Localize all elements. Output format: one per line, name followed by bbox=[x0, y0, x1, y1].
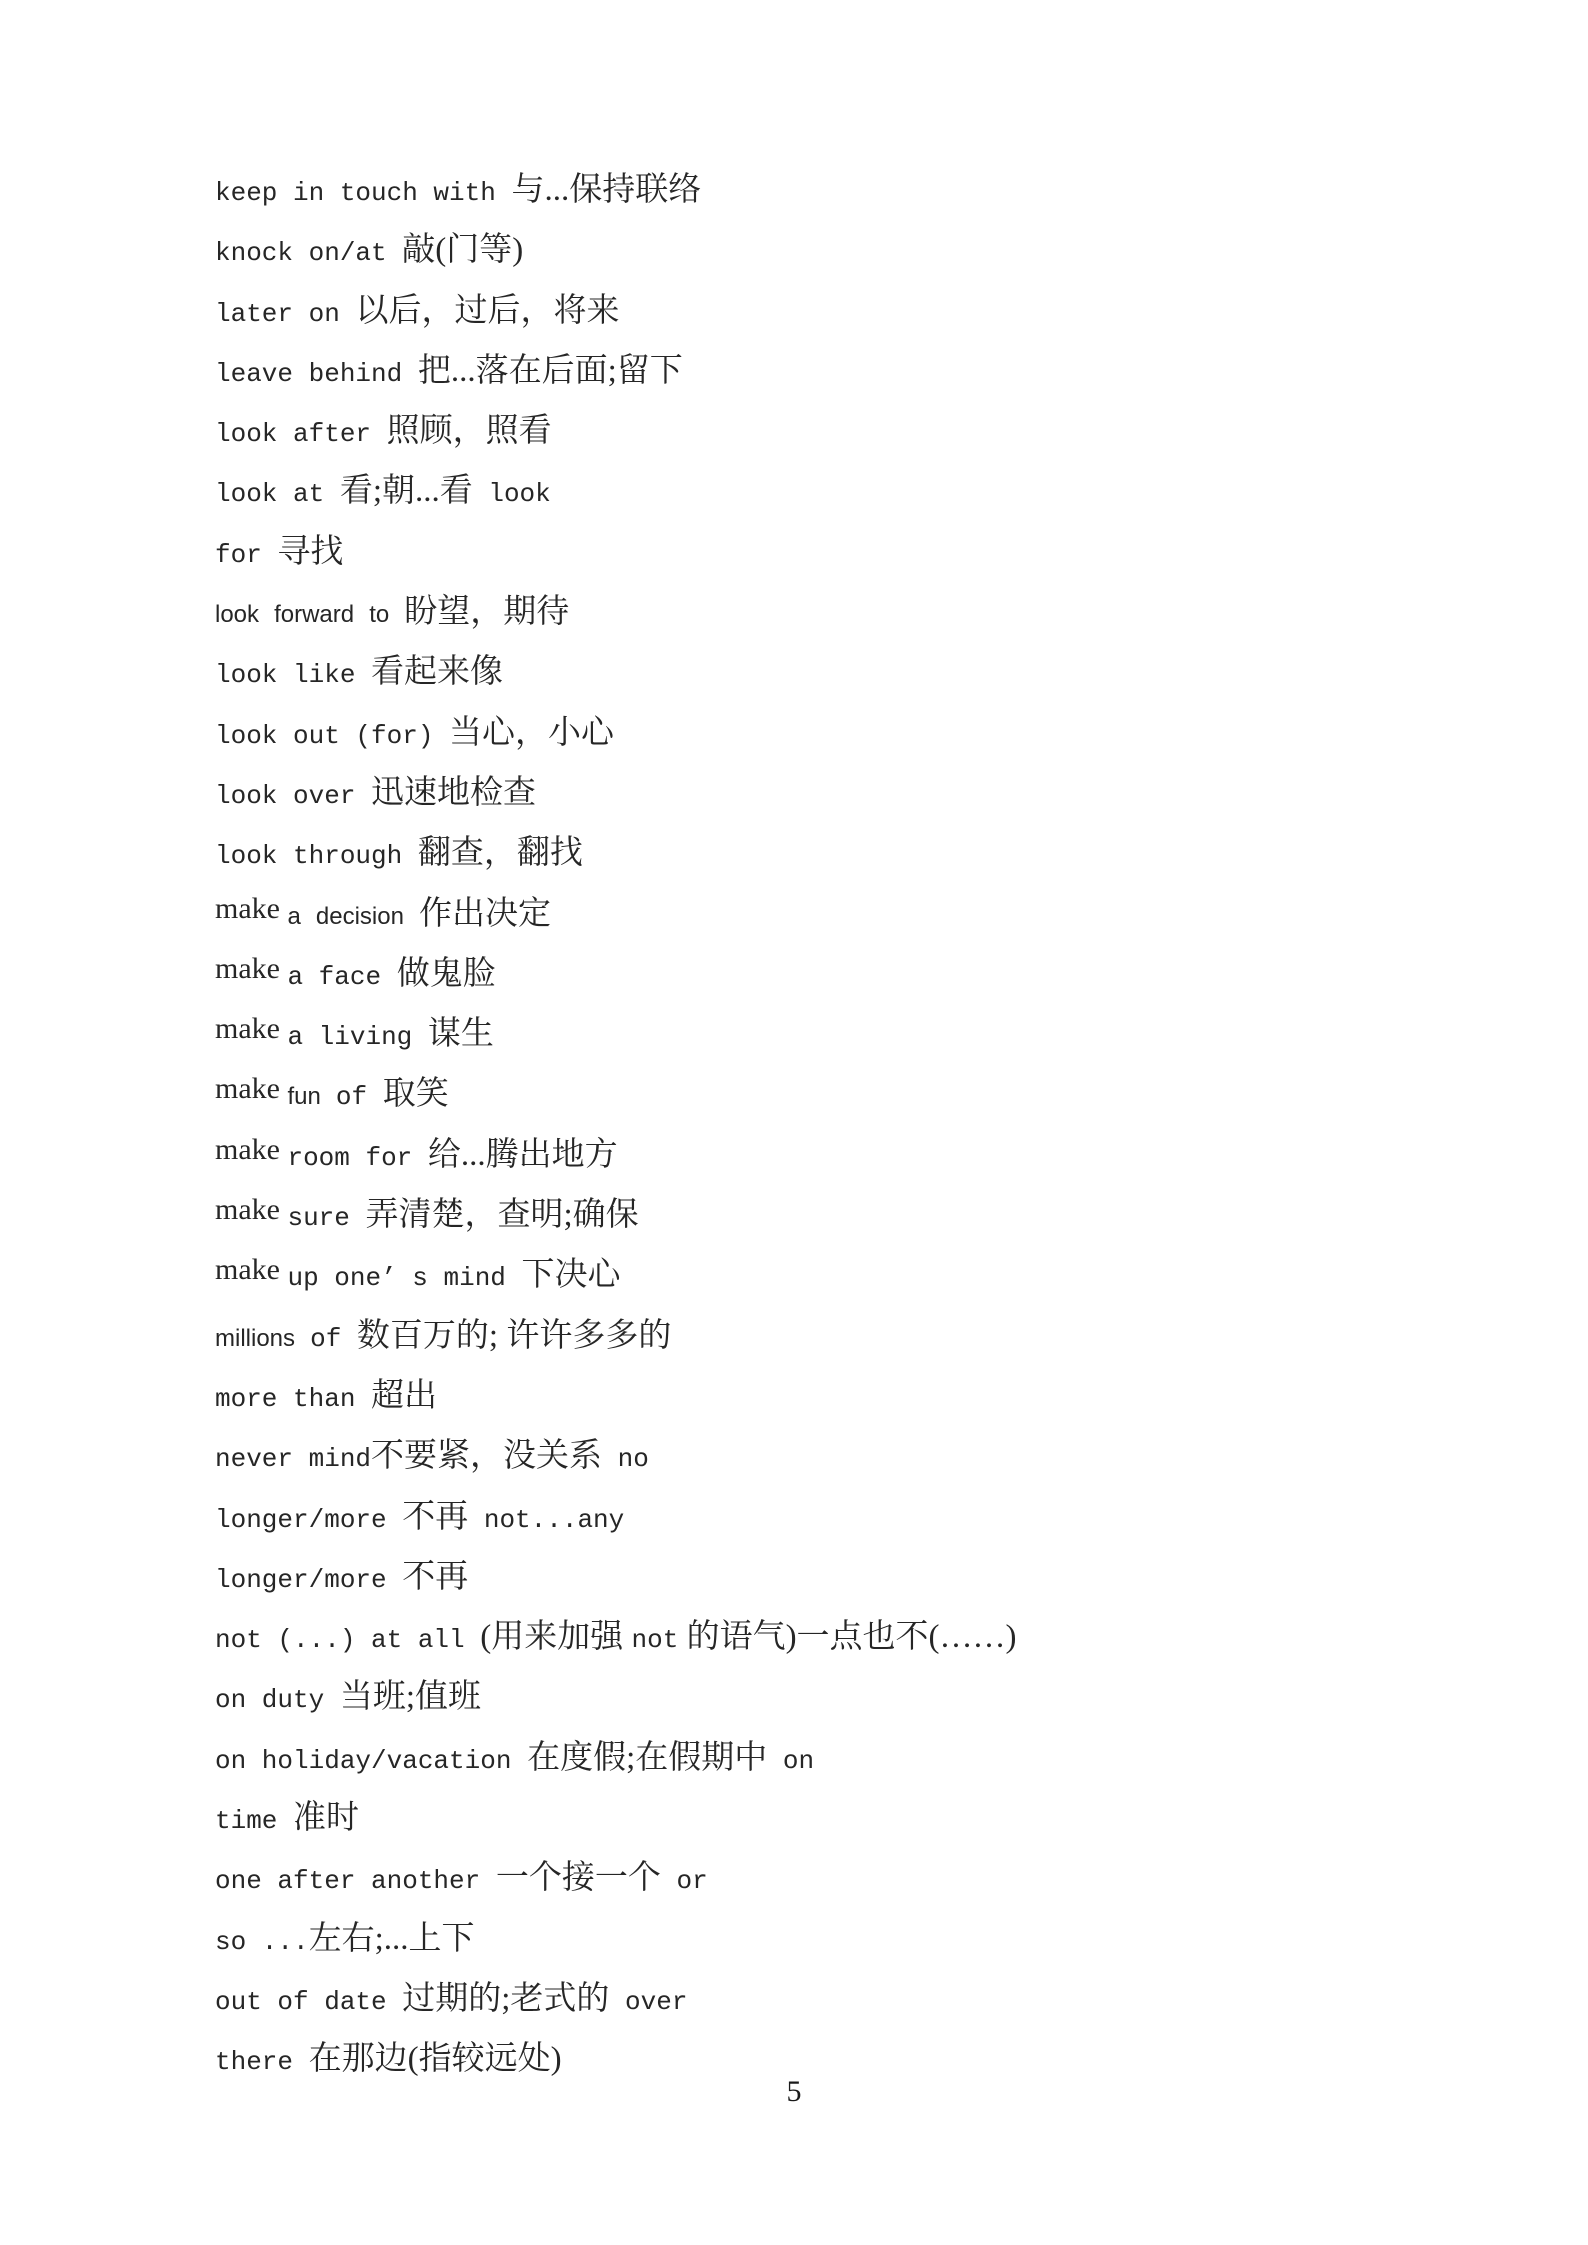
text-segment: look after bbox=[215, 419, 387, 449]
text-segment: 弄清楚，查明;确保 bbox=[365, 1197, 638, 1233]
text-line: make room for 给...腾出地方 bbox=[215, 1125, 1017, 1185]
text-line: look at 看;朝...看 look bbox=[215, 461, 1017, 521]
text-line: time 准时 bbox=[215, 1788, 1017, 1848]
page-number: 5 bbox=[0, 2072, 1588, 2112]
text-segment: not (...) at all bbox=[215, 1625, 480, 1655]
text-segment: make bbox=[215, 1012, 287, 1045]
text-segment: 下决心 bbox=[522, 1257, 621, 1293]
text-segment: not...any bbox=[468, 1505, 624, 1535]
text-segment: 数百万的; 许许多多的 bbox=[357, 1318, 671, 1354]
text-segment: 给...腾出地方 bbox=[428, 1137, 618, 1173]
text-segment: 做鬼脸 bbox=[397, 956, 496, 992]
text-line: make a living 谋生 bbox=[215, 1004, 1017, 1064]
text-segment: make bbox=[215, 1193, 287, 1226]
text-line: look after 照顾，照看 bbox=[215, 401, 1017, 461]
document-page: { "document": { "background": "#ffffff",… bbox=[0, 0, 1588, 2245]
text-segment: 寻找 bbox=[277, 534, 343, 570]
text-segment: more than bbox=[215, 1384, 371, 1414]
text-segment: look forward to bbox=[215, 601, 404, 628]
text-segment: on bbox=[767, 1746, 814, 1776]
text-segment: make bbox=[215, 1072, 287, 1105]
text-segment: make bbox=[215, 952, 287, 985]
text-segment: look like bbox=[215, 660, 371, 690]
text-segment: 与...保持联络 bbox=[511, 172, 701, 208]
text-segment: or bbox=[661, 1866, 708, 1896]
text-segment: on duty bbox=[215, 1685, 340, 1715]
text-line: make a face 做鬼脸 bbox=[215, 944, 1017, 1004]
text-segment: up one’ s mind bbox=[287, 1263, 521, 1293]
text-segment: a face bbox=[287, 962, 396, 992]
text-segment: knock on/at bbox=[215, 238, 402, 268]
text-segment: one after another bbox=[215, 1866, 496, 1896]
text-segment: look through bbox=[215, 841, 418, 871]
text-segment: longer/more bbox=[215, 1505, 402, 1535]
text-segment: room for bbox=[287, 1143, 427, 1173]
text-segment: 谋生 bbox=[428, 1016, 494, 1052]
text-segment: time bbox=[215, 1806, 293, 1836]
text-segment: fun bbox=[287, 1083, 335, 1110]
text-segment: 作出决定 bbox=[419, 896, 551, 932]
text-line: leave behind 把...落在后面;留下 bbox=[215, 341, 1017, 401]
text-line: out of date 过期的;老式的 over bbox=[215, 1969, 1017, 2029]
text-segment: 一个接一个 bbox=[496, 1860, 661, 1896]
text-segment: 看起来像 bbox=[371, 654, 503, 690]
text-line: on holiday/vacation 在度假;在假期中 on bbox=[215, 1728, 1017, 1788]
text-segment: never mind bbox=[215, 1444, 371, 1474]
text-segment: 把...落在后面;留下 bbox=[418, 353, 683, 389]
text-line: look over 迅速地检查 bbox=[215, 763, 1017, 823]
text-segment: of bbox=[310, 1324, 357, 1354]
text-segment: 左右;...上下 bbox=[309, 1921, 475, 1957]
text-line: millions of 数百万的; 许许多多的 bbox=[215, 1306, 1017, 1366]
text-segment: a living bbox=[287, 1022, 427, 1052]
text-segment: 盼望，期待 bbox=[404, 594, 569, 630]
text-segment: not bbox=[632, 1625, 679, 1655]
text-line: longer/more 不再 bbox=[215, 1547, 1017, 1607]
text-segment: 不要紧，没关系 bbox=[371, 1438, 602, 1474]
text-segment: 过期的;老式的 bbox=[402, 1981, 609, 2017]
text-line: for 寻找 bbox=[215, 522, 1017, 582]
text-segment: look at bbox=[215, 479, 340, 509]
text-line: look through 翻查，翻找 bbox=[215, 823, 1017, 883]
text-line: never mind不要紧，没关系 no bbox=[215, 1426, 1017, 1486]
text-block: keep in touch with 与...保持联络knock on/at 敲… bbox=[215, 160, 1017, 2090]
text-segment: 超出 bbox=[371, 1378, 437, 1414]
text-segment: sure bbox=[287, 1203, 365, 1233]
text-segment: make bbox=[215, 1133, 287, 1166]
text-line: so ...左右;...上下 bbox=[215, 1909, 1017, 1969]
text-segment: 的语气)一点也不(……) bbox=[678, 1619, 1016, 1655]
text-segment: 不再 bbox=[402, 1559, 468, 1595]
text-segment: so ... bbox=[215, 1927, 309, 1957]
text-line: later on 以后，过后，将来 bbox=[215, 281, 1017, 341]
text-segment: millions bbox=[215, 1325, 310, 1352]
text-segment: out of date bbox=[215, 1987, 402, 2017]
text-segment: look out (for) bbox=[215, 721, 449, 751]
text-segment: 迅速地检查 bbox=[371, 775, 536, 811]
text-line: look like 看起来像 bbox=[215, 642, 1017, 702]
text-segment: on holiday/vacation bbox=[215, 1746, 527, 1776]
text-line: keep in touch with 与...保持联络 bbox=[215, 160, 1017, 220]
text-segment: look bbox=[473, 479, 551, 509]
text-segment: over bbox=[609, 1987, 687, 2017]
text-segment: look over bbox=[215, 781, 371, 811]
text-segment: 当心，小心 bbox=[449, 715, 614, 751]
text-segment: 当班;值班 bbox=[340, 1679, 481, 1715]
text-segment: 不再 bbox=[402, 1499, 468, 1535]
text-line: more than 超出 bbox=[215, 1366, 1017, 1426]
text-segment: 取笑 bbox=[383, 1076, 449, 1112]
text-segment: 照顾，照看 bbox=[387, 413, 552, 449]
text-segment: leave behind bbox=[215, 359, 418, 389]
text-segment: 在度假;在假期中 bbox=[527, 1740, 767, 1776]
text-line: on duty 当班;值班 bbox=[215, 1667, 1017, 1727]
text-segment: 看;朝...看 bbox=[340, 473, 473, 509]
text-line: not (...) at all (用来加强 not 的语气)一点也不(……) bbox=[215, 1607, 1017, 1667]
text-segment: of bbox=[336, 1082, 383, 1112]
text-segment: 以后，过后，将来 bbox=[355, 293, 619, 329]
page: keep in touch with 与...保持联络knock on/at 敲… bbox=[0, 0, 1588, 2245]
text-line: longer/more 不再 not...any bbox=[215, 1487, 1017, 1547]
text-segment: 准时 bbox=[293, 1800, 359, 1836]
text-segment: a decision bbox=[287, 903, 419, 930]
text-segment: make bbox=[215, 1253, 287, 1286]
text-line: one after another 一个接一个 or bbox=[215, 1848, 1017, 1908]
text-segment: longer/more bbox=[215, 1565, 402, 1595]
text-line: make up one’ s mind 下决心 bbox=[215, 1245, 1017, 1305]
text-segment: make bbox=[215, 892, 287, 925]
text-segment: 敲(门等) bbox=[402, 232, 523, 268]
text-segment: for bbox=[215, 540, 277, 570]
text-line: make fun of 取笑 bbox=[215, 1064, 1017, 1124]
text-line: knock on/at 敲(门等) bbox=[215, 220, 1017, 280]
text-segment: later on bbox=[215, 299, 355, 329]
text-line: make a decision 作出决定 bbox=[215, 884, 1017, 944]
text-segment: keep in touch with bbox=[215, 178, 511, 208]
text-line: look out (for) 当心，小心 bbox=[215, 703, 1017, 763]
text-segment: 翻查，翻找 bbox=[418, 835, 583, 871]
text-line: look forward to 盼望，期待 bbox=[215, 582, 1017, 642]
text-segment: no bbox=[602, 1444, 649, 1474]
text-line: make sure 弄清楚，查明;确保 bbox=[215, 1185, 1017, 1245]
text-segment: (用来加强 bbox=[480, 1619, 631, 1655]
